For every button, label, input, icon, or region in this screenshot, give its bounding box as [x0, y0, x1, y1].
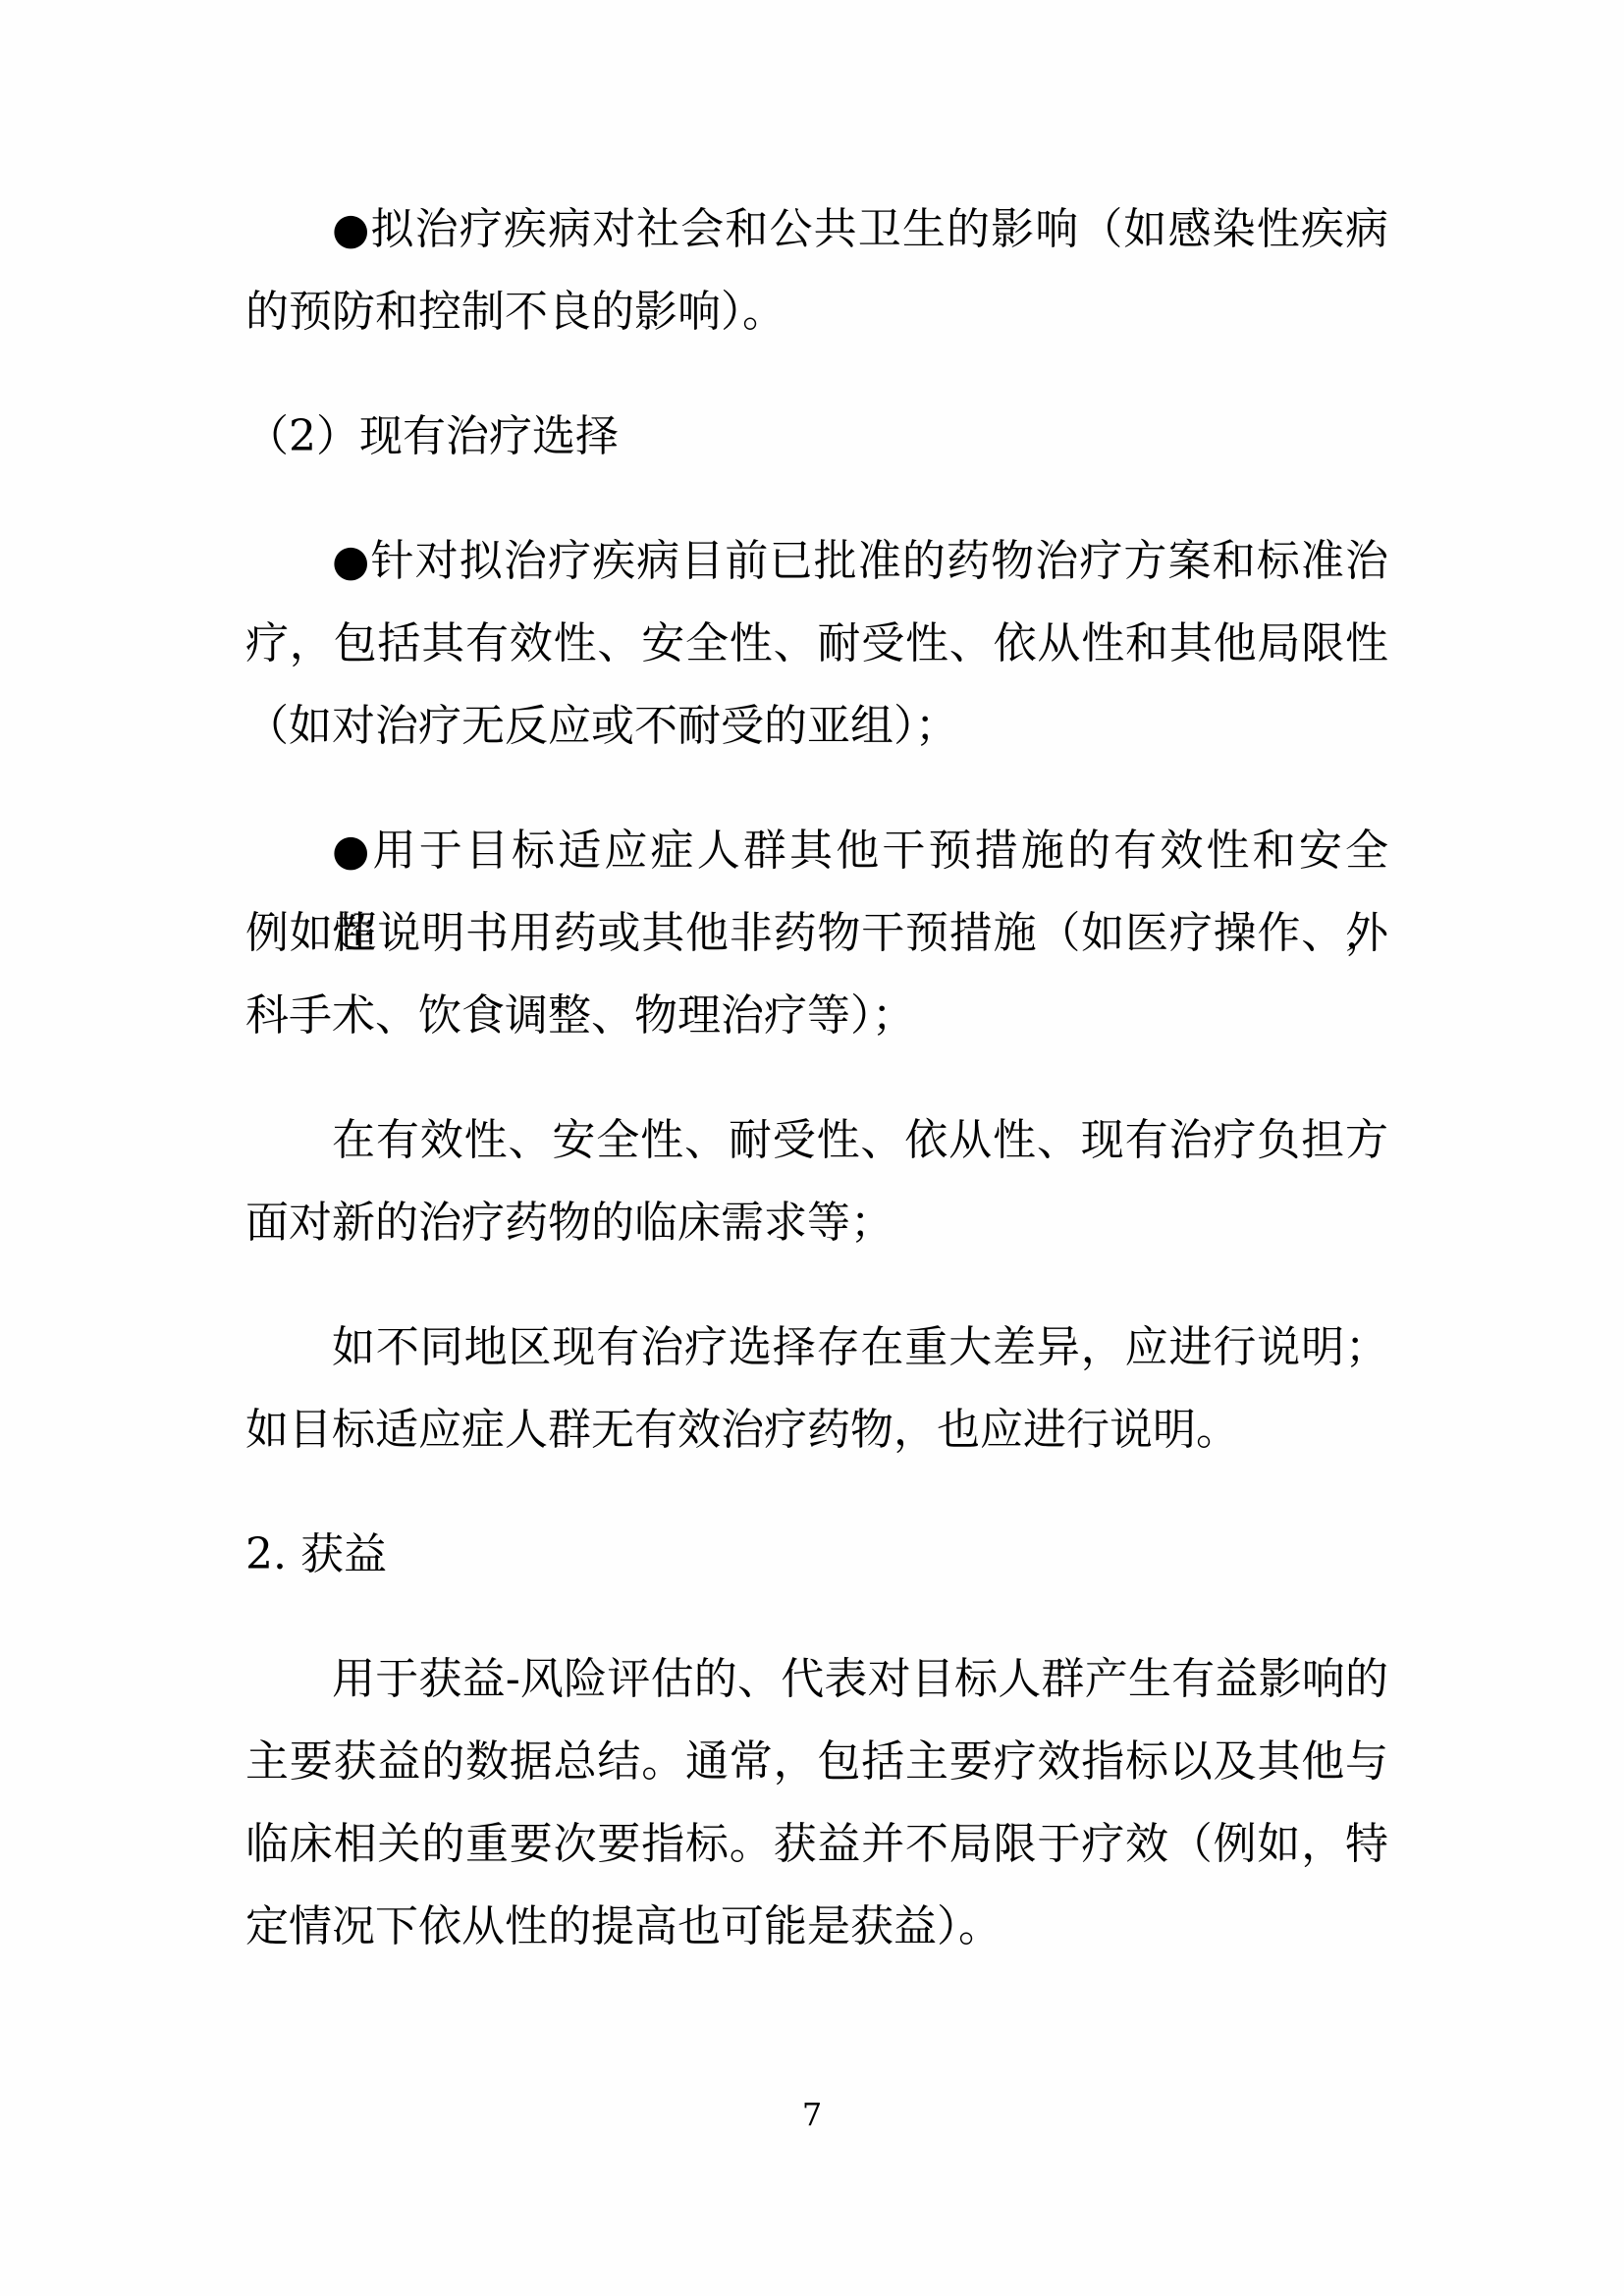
text-line: 例如超说明书用药或其他非药物干预措施（如医疗操作、外 [245, 892, 1388, 975]
text-line: 定情况下依从性的提高也可能是获益）。 [245, 1886, 1388, 1968]
text-line: （2）现有治疗选择 [245, 396, 1388, 478]
text-line: 2. 获益 [245, 1514, 1388, 1596]
text-line: 如不同地区现有治疗选择存在重大差异，应进行说明； [245, 1307, 1388, 1389]
paragraph-bullet-approved-therapies: ●针对拟治疗疾病目前已批准的药物治疗方案和标准治疗，包括其有效性、安全性、耐受性… [245, 520, 1388, 768]
page-number: 7 [0, 2095, 1624, 2134]
text-line: 的预防和控制不良的影响）。 [245, 271, 1388, 353]
text-line: 临床相关的重要次要指标。获益并不局限于疗效（例如，特 [245, 1803, 1388, 1886]
text-line: （如对治疗无反应或不耐受的亚组）； [245, 685, 1388, 768]
paragraph-para-regional-differences: 如不同地区现有治疗选择存在重大差异，应进行说明；如目标适应症人群无有效治疗药物，… [245, 1307, 1388, 1471]
text-line: 疗，包括其有效性、安全性、耐受性、依从性和其他局限性 [245, 603, 1388, 685]
paragraph-heading-existing-treatment-options: （2）现有治疗选择 [245, 396, 1388, 478]
text-line: 面对新的治疗药物的临床需求等； [245, 1182, 1388, 1264]
paragraph-para-clinical-need: 在有效性、安全性、耐受性、依从性、现有治疗负担方面对新的治疗药物的临床需求等； [245, 1099, 1388, 1264]
text-line: ●用于目标适应症人群其他干预措施的有效性和安全性， [245, 810, 1388, 892]
paragraph-para-benefit-summary: 用于获益-风险评估的、代表对目标人群产生有益影响的主要获益的数据总结。通常，包括… [245, 1638, 1388, 1968]
text-line: 用于获益-风险评估的、代表对目标人群产生有益影响的 [245, 1638, 1388, 1721]
text-line: 在有效性、安全性、耐受性、依从性、现有治疗负担方 [245, 1099, 1388, 1182]
paragraph-bullet-other-interventions: ●用于目标适应症人群其他干预措施的有效性和安全性，例如超说明书用药或其他非药物干… [245, 810, 1388, 1057]
document-page: ●拟治疗疾病对社会和公共卫生的影响（如感染性疾病的预防和控制不良的影响）。（2）… [0, 0, 1624, 2296]
text-line: 如目标适应症人群无有效治疗药物，也应进行说明。 [245, 1389, 1388, 1471]
text-line: ●拟治疗疾病对社会和公共卫生的影响（如感染性疾病 [245, 188, 1388, 271]
text-line: 科手术、饮食调整、物理治疗等）； [245, 975, 1388, 1057]
paragraph-heading-benefit: 2. 获益 [245, 1514, 1388, 1596]
paragraph-bullet-disease-impact: ●拟治疗疾病对社会和公共卫生的影响（如感染性疾病的预防和控制不良的影响）。 [245, 188, 1388, 353]
text-line: 主要获益的数据总结。通常，包括主要疗效指标以及其他与 [245, 1721, 1388, 1803]
document-body: ●拟治疗疾病对社会和公共卫生的影响（如感染性疾病的预防和控制不良的影响）。（2）… [245, 188, 1388, 1968]
text-line: ●针对拟治疗疾病目前已批准的药物治疗方案和标准治 [245, 520, 1388, 603]
